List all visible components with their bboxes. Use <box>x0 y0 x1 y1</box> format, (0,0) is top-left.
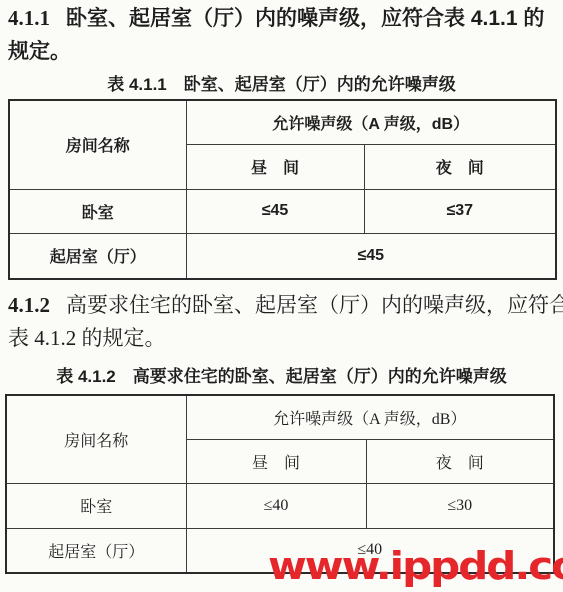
value-cell-day: ≤40 <box>186 483 366 528</box>
table-4-1-1-caption: 表 4.1.1 卧室、起居室（厅）内的允许噪声级 <box>0 70 563 95</box>
header-room-name: 房间名称 <box>9 100 186 189</box>
room-cell-bedroom: 卧室 <box>9 189 186 233</box>
clause-4-1-1-line1: 4.1.1卧室、起居室（厅）内的噪声级，应符合表 4.1.1 的 <box>8 2 558 35</box>
header-daytime: 昼 间 <box>186 144 364 189</box>
clause-number: 4.1.1 <box>8 6 50 30</box>
clause-4-1-1: 4.1.1卧室、起居室（厅）内的噪声级，应符合表 4.1.1 的 规定。 <box>8 2 558 68</box>
table-4-1-2-caption: 表 4.1.2 高要求住宅的卧室、起居室（厅）内的允许噪声级 <box>0 362 563 387</box>
table-row: 卧室 ≤40 ≤30 <box>6 483 554 528</box>
clause-4-1-2-line1: 4.1.2高要求住宅的卧室、起居室（厅）内的噪声级，应符合 <box>8 289 558 322</box>
clause-4-1-2-line2: 表 4.1.2 的规定。 <box>8 322 558 355</box>
value-cell-both: ≤45 <box>186 233 556 279</box>
value-cell-day: ≤45 <box>186 189 364 233</box>
value-cell-night: ≤37 <box>364 189 556 233</box>
table-row: 房间名称 允许噪声级（A 声级，dB） <box>6 395 554 439</box>
table-row: 卧室 ≤45 ≤37 <box>9 189 556 233</box>
header-daytime: 昼 间 <box>186 439 366 483</box>
clause-number: 4.1.2 <box>8 293 50 317</box>
clause-text: 高要求住宅的卧室、起居室（厅）内的噪声级，应符合 <box>66 293 563 317</box>
room-cell-living-room: 起居室（厅） <box>6 528 186 573</box>
value-cell-night: ≤30 <box>366 483 554 528</box>
table-row: 房间名称 允许噪声级（A 声级，dB） <box>9 100 556 144</box>
site-watermark: www.ippdd.com <box>268 543 563 588</box>
room-cell-bedroom: 卧室 <box>6 483 186 528</box>
room-cell-living-room: 起居室（厅） <box>9 233 186 279</box>
table-row: 起居室（厅） ≤45 <box>9 233 556 279</box>
header-allowed-noise-level: 允许噪声级（A 声级，dB） <box>186 100 556 144</box>
header-nighttime: 夜 间 <box>364 144 556 189</box>
clause-4-1-1-line2: 规定。 <box>8 35 558 68</box>
header-room-name: 房间名称 <box>6 395 186 483</box>
header-allowed-noise-level: 允许噪声级（A 声级，dB） <box>186 395 554 439</box>
table-4-1-1: 房间名称 允许噪声级（A 声级，dB） 昼 间 夜 间 卧室 ≤45 ≤37 起… <box>8 99 557 280</box>
header-nighttime: 夜 间 <box>366 439 554 483</box>
clause-text: 卧室、起居室（厅）内的噪声级，应符合表 4.1.1 的 <box>66 7 544 30</box>
clause-4-1-2: 4.1.2高要求住宅的卧室、起居室（厅）内的噪声级，应符合 表 4.1.2 的规… <box>8 289 558 355</box>
